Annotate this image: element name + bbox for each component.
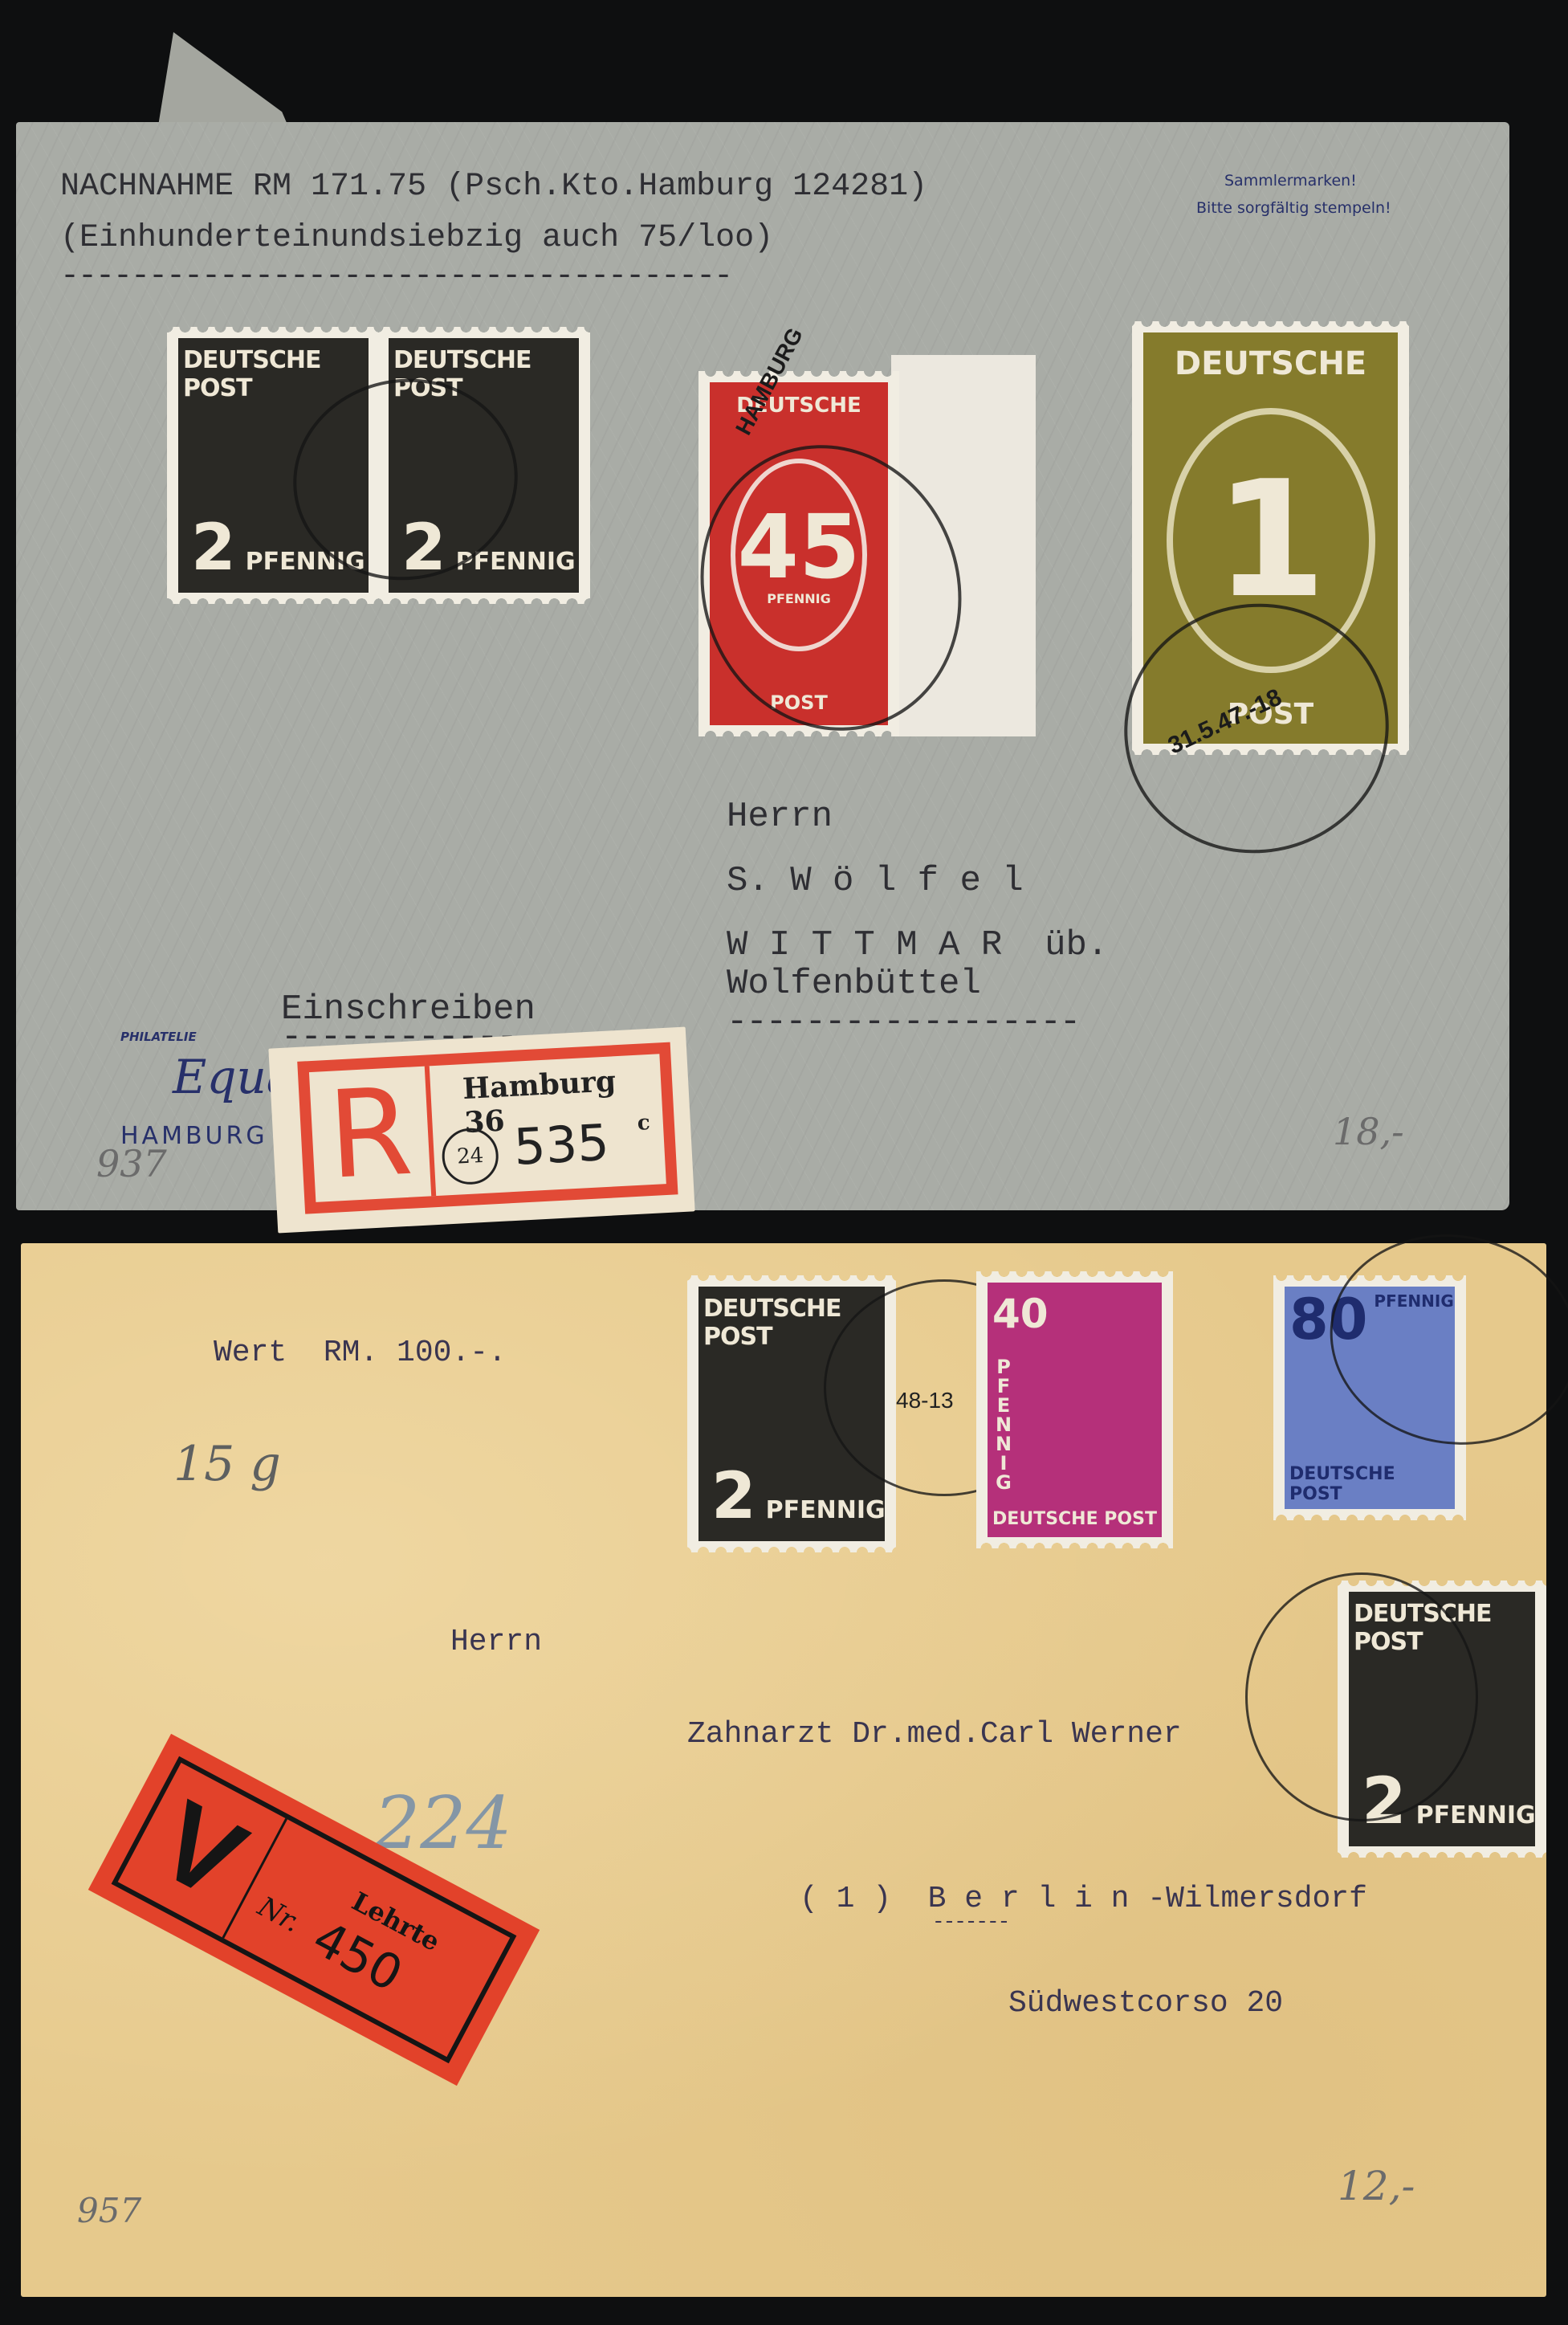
pencil-price: 12,- xyxy=(1338,2163,1415,2209)
stamp-value: 2 xyxy=(711,1458,756,1533)
registration-label: R Hamburg 36 24 535 c xyxy=(268,1027,694,1234)
address-name: S. W ö l f e l xyxy=(727,861,1024,901)
stamp-value: 2 xyxy=(191,510,236,585)
stamp-value: 1 xyxy=(1215,460,1326,621)
stamp-unit: PFENNIG xyxy=(766,1496,885,1524)
stamp-unit: PFENNIG xyxy=(992,1356,1015,1491)
address-salutation: Herrn xyxy=(450,1625,542,1659)
typed-amount-words: (Einhunderteinundsiebzig auch 75/loo) xyxy=(60,220,773,256)
stamp-unit: PFENNIG xyxy=(1416,1801,1535,1829)
pencil-inventory-number: 957 xyxy=(77,2191,141,2230)
stamp-country: DEUTSCHE POST xyxy=(183,346,364,402)
collector-stamp-line-2: Bitte sorgfältig stempeln! xyxy=(1196,199,1391,217)
registration-number: 535 xyxy=(512,1113,610,1177)
stamp-value: 40 xyxy=(992,1291,1049,1337)
stamp-40pf: 40 PFENNIG DEUTSCHE POST xyxy=(976,1271,1173,1548)
pencil-price: 18,- xyxy=(1333,1110,1404,1153)
cover-1-envelope: NACHNAHME RM 171.75 (Psch.Kto.Hamburg 12… xyxy=(16,122,1509,1210)
address-city: ( 1 ) B e r l i n -Wilmersdorf xyxy=(800,1882,1367,1916)
registration-letter: R xyxy=(309,1066,436,1202)
stamp-country: DEUTSCHE POST xyxy=(1289,1464,1450,1504)
address-town: W I T T M A R üb. xyxy=(727,925,1108,965)
address-name: Zahnarzt Dr.med.Carl Werner xyxy=(687,1717,1182,1752)
registration-suffix: c xyxy=(637,1111,650,1136)
stamp-country: DEUTSCHE POST xyxy=(992,1509,1157,1529)
postmark-lehrte-3 xyxy=(1245,1572,1478,1821)
pencil-inventory-number: 937 xyxy=(96,1142,167,1185)
postmark-date: 48-13 xyxy=(896,1388,954,1413)
pencil-weight: 15 g xyxy=(173,1436,281,1492)
cover-2-envelope: Wert RM. 100.-. 15 g DEUTSCHE POST 2 PFE… xyxy=(21,1243,1546,2297)
typed-cod-line: NACHNAHME RM 171.75 (Psch.Kto.Hamburg 12… xyxy=(60,169,927,205)
address-salutation: Herrn xyxy=(727,797,833,837)
typed-rule: -------------------------------------- xyxy=(60,259,731,295)
address-rule: ------------------ xyxy=(727,1002,1079,1042)
stamp-country: DEUTSCHE xyxy=(1175,345,1366,382)
value-label-nr: Nr. xyxy=(253,1891,306,1939)
address-street: Südwestcorso 20 xyxy=(1008,1986,1283,2021)
value-declaration: Wert RM. 100.-. xyxy=(214,1336,507,1370)
sender-philatelie: PHILATELIE xyxy=(120,1030,197,1044)
collector-stamp-line-1: Sammlermarken! xyxy=(1224,172,1357,190)
address-city-rule: ------- xyxy=(932,1910,1008,1934)
address-via: Wolfenbüttel xyxy=(727,964,981,1004)
